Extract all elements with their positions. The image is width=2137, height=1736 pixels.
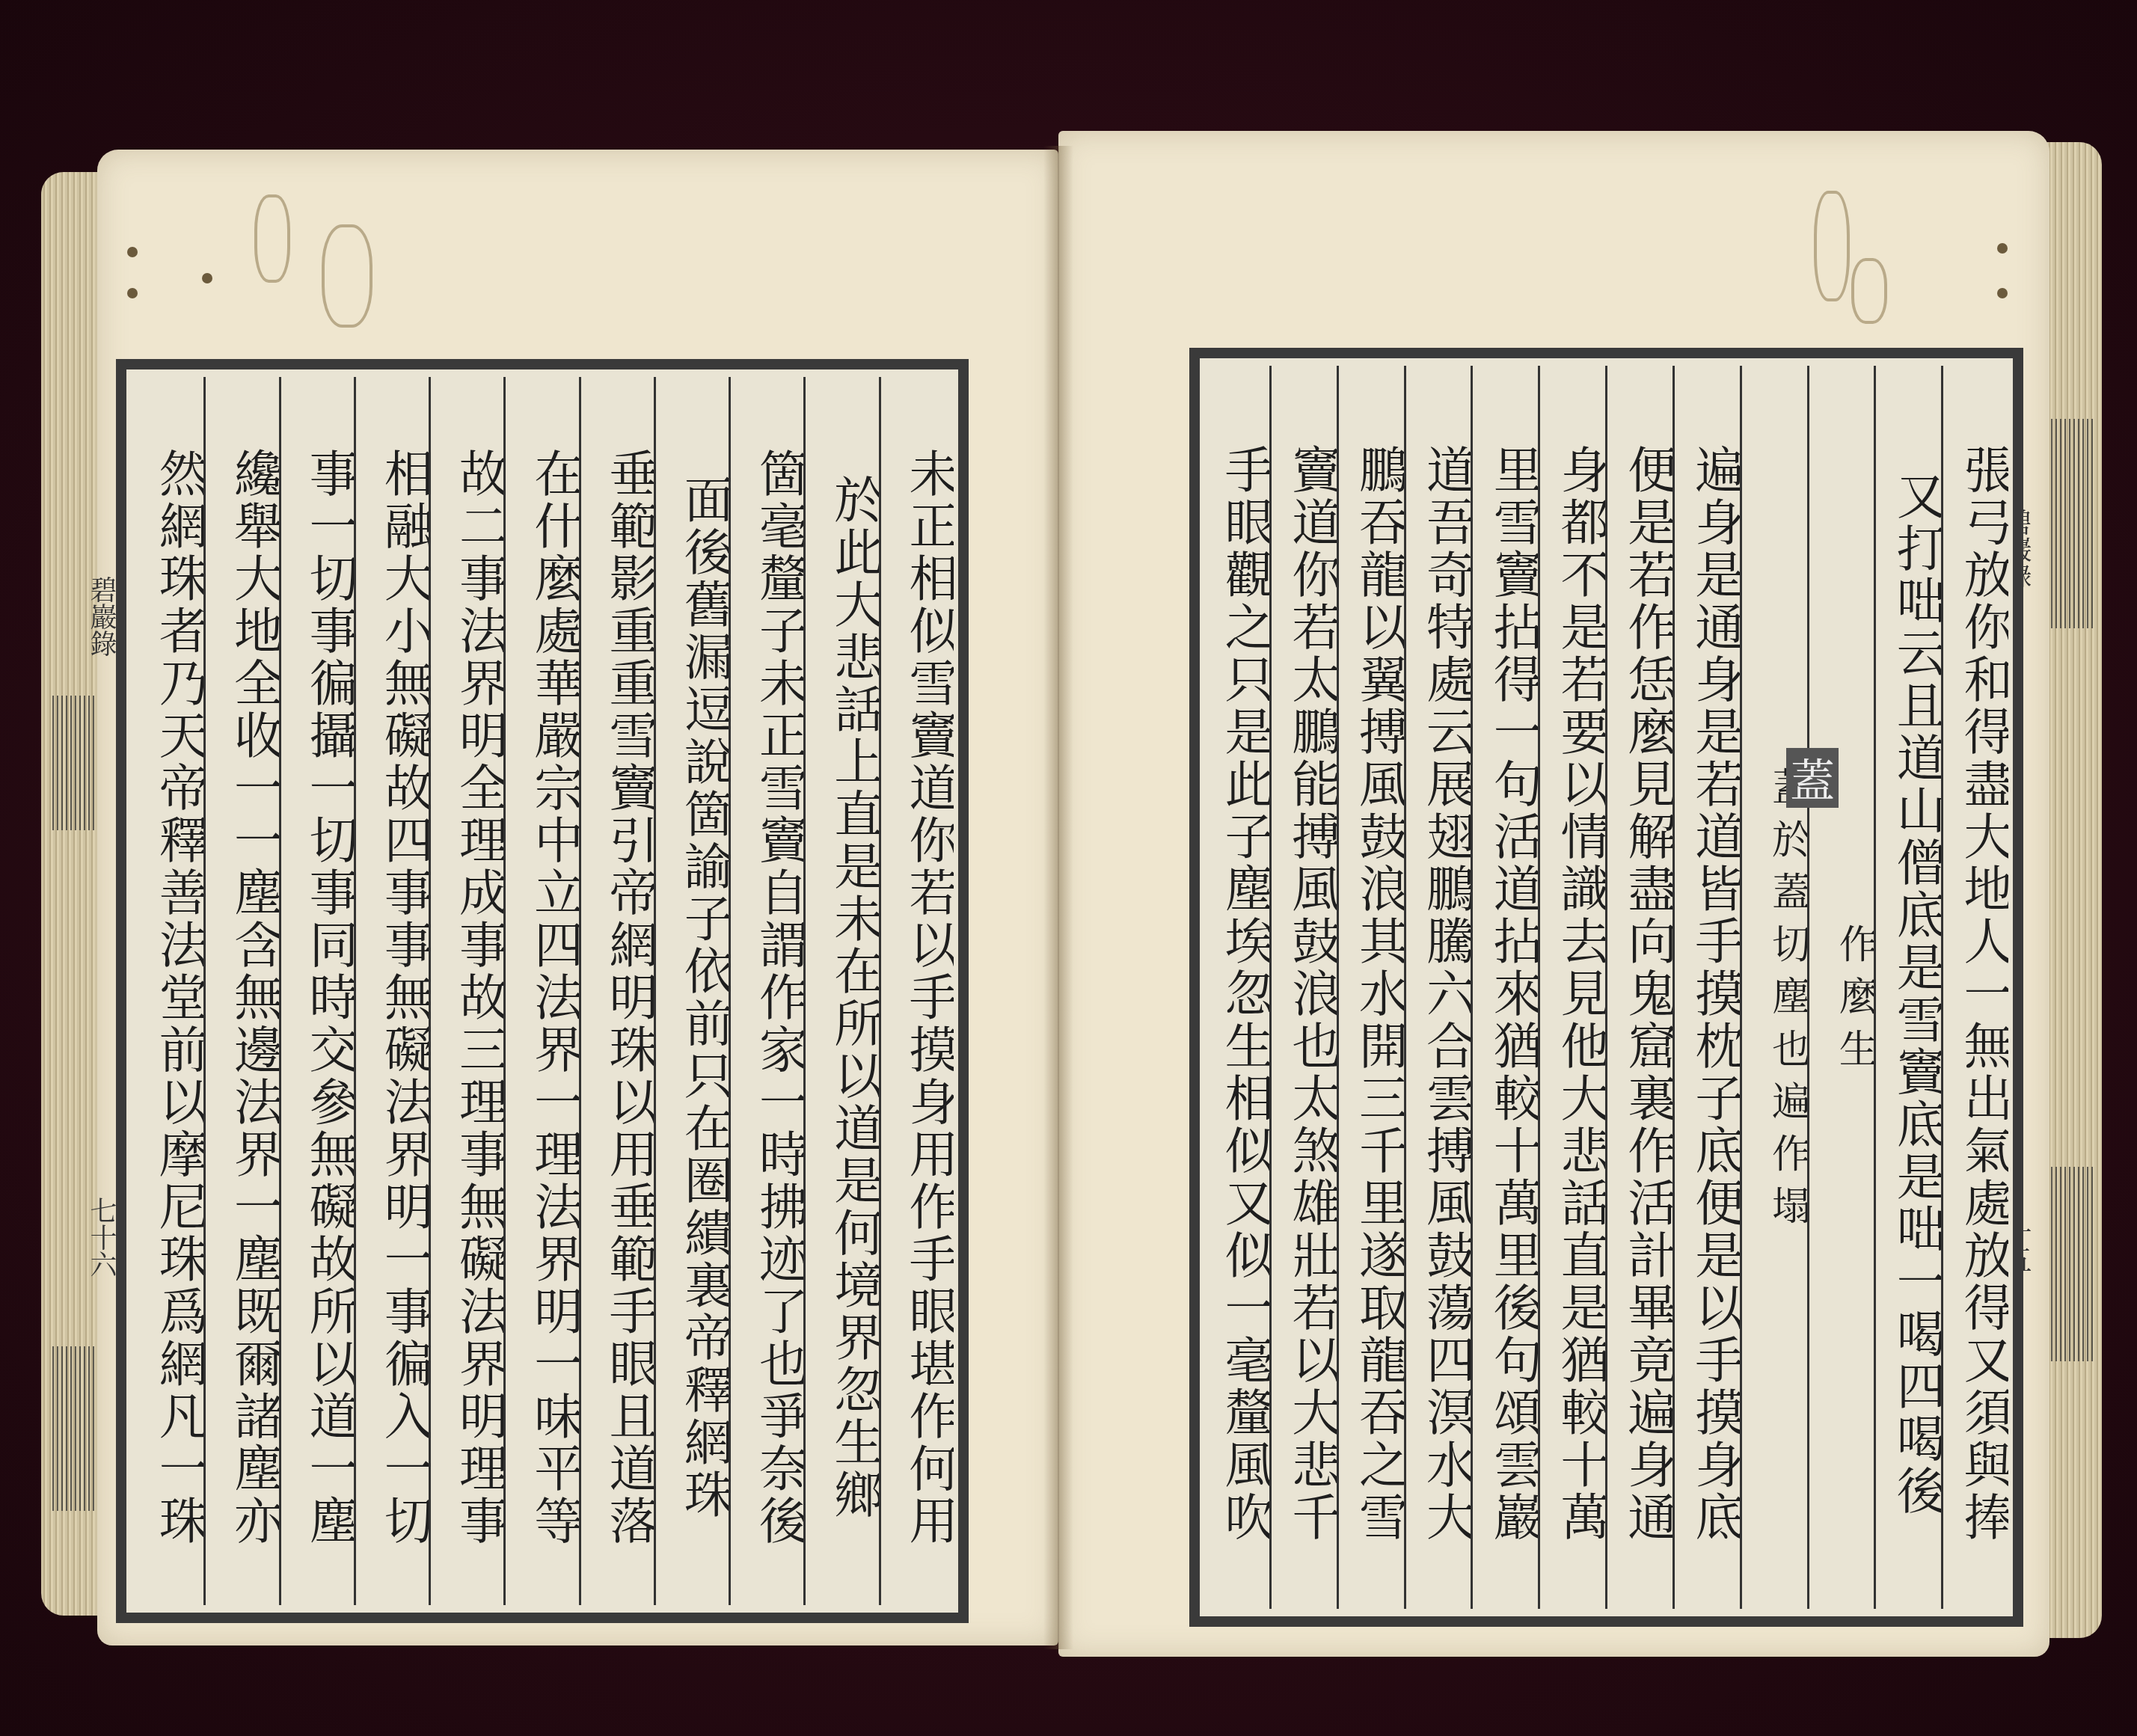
wormhole-damage (1851, 258, 1887, 324)
stain-spot (1997, 288, 2008, 298)
text-column-annotation: 蓋於蓋切塵也遍作塌 (1740, 366, 1807, 1609)
text-column: 遍身是通身是若道皆手摸枕子底便是以手摸身底 (1672, 366, 1740, 1609)
text-column: 面後舊漏逗說箇諭子依前只在圈繢裏帝釋網珠 (654, 377, 729, 1605)
text-column: 事一切事徧攝一切事同時交參無礙故所以道一塵 (279, 377, 354, 1605)
text-column: 故二事法界明全理成事故三理事無礙法界明理事 (429, 377, 503, 1605)
text-column: 鵬吞龍以翼搏風鼓浪其水開三千里遂取龍吞之雪 (1337, 366, 1404, 1609)
wormhole-damage (322, 224, 372, 328)
stain-spot (127, 247, 138, 257)
text-column: 又打咄云且道山僧底是雪竇底是咄一喝四喝後 (1874, 366, 1941, 1609)
wormhole-damage (1814, 191, 1850, 301)
text-column: 道吾奇特處云展翅鵬騰六合雲搏風鼓蕩四溟水大 (1404, 366, 1471, 1609)
text-column: 身都不是若要以情識去見他大悲話直是猶較十萬 (1538, 366, 1605, 1609)
text-column: 張弓放你和得盡大地人一無出氣處放得又須與捧 (1941, 366, 2008, 1609)
text-column: 垂範影重重雪竇引帝網明珠以用垂範手眼且道落 (579, 377, 654, 1605)
left-fore-edge-ink (52, 696, 97, 830)
text-column-heading: 作麼生 (1807, 366, 1874, 1609)
book-gutter (1043, 146, 1073, 1649)
text-column: 在什麼處華嚴宗中立四法界一理法界明一味平等 (503, 377, 578, 1605)
left-fore-edge-ink (52, 1346, 97, 1511)
right-fore-edge-ink (2042, 419, 2094, 628)
highlighted-character-block: 蓋 (1786, 748, 1839, 808)
left-text-frame: 未正相似雪竇道你若以手摸身用作手眼堪作何用 於此大悲話上直是未在所以道是何境界忽… (116, 359, 969, 1623)
open-book: 碧巖錄 七十六 未正相似雪竇道你若以手摸身用作手眼堪作何用 於此大悲話上直是未在… (0, 0, 2137, 1736)
text-column: 箇毫釐子未正雪竇自謂作家一時拂迹了也爭奈後 (729, 377, 803, 1605)
text-column: 便是若作恁麼見解盡向鬼窟裏作活計畢竟遍身通 (1605, 366, 1672, 1609)
wormhole-damage (254, 194, 290, 283)
text-column: 相融大小無礙故四事事無礙法界明一事徧入一切 (354, 377, 429, 1605)
stain-spot (202, 273, 212, 283)
text-column: 於此大悲話上直是未在所以道是何境界忽生鄉 (803, 377, 878, 1605)
left-fold-page-number: 七十六 (82, 1197, 120, 1278)
stain-spot (127, 288, 138, 298)
text-column: 纔舉大地全收一一塵含無邊法界一塵既爾諸塵亦 (203, 377, 278, 1605)
stain-spot (1997, 243, 2008, 254)
right-fore-edge-ink (2042, 1167, 2094, 1361)
text-column: 竇道你若太鵬能搏風鼓浪也太煞雄壯若以大悲千 (1269, 366, 1337, 1609)
text-column: 手眼觀之只是此子塵埃忽生相似又似一毫釐風吹 (1204, 366, 1269, 1609)
text-column: 然網珠者乃天帝釋善法堂前以摩尼珠爲網凡一珠 (131, 377, 203, 1605)
left-fold-title: 碧巖錄 (82, 576, 120, 657)
right-text-frame: 張弓放你和得盡大地人一無出氣處放得又須與捧 又打咄云且道山僧底是雪竇底是咄一喝四… (1189, 348, 2023, 1627)
text-column: 未正相似雪竇道你若以手摸身用作手眼堪作何用 (879, 377, 954, 1605)
text-column: 里雪竇拈得一句活道拈來猶較十萬里後句頌雲巖 (1471, 366, 1538, 1609)
